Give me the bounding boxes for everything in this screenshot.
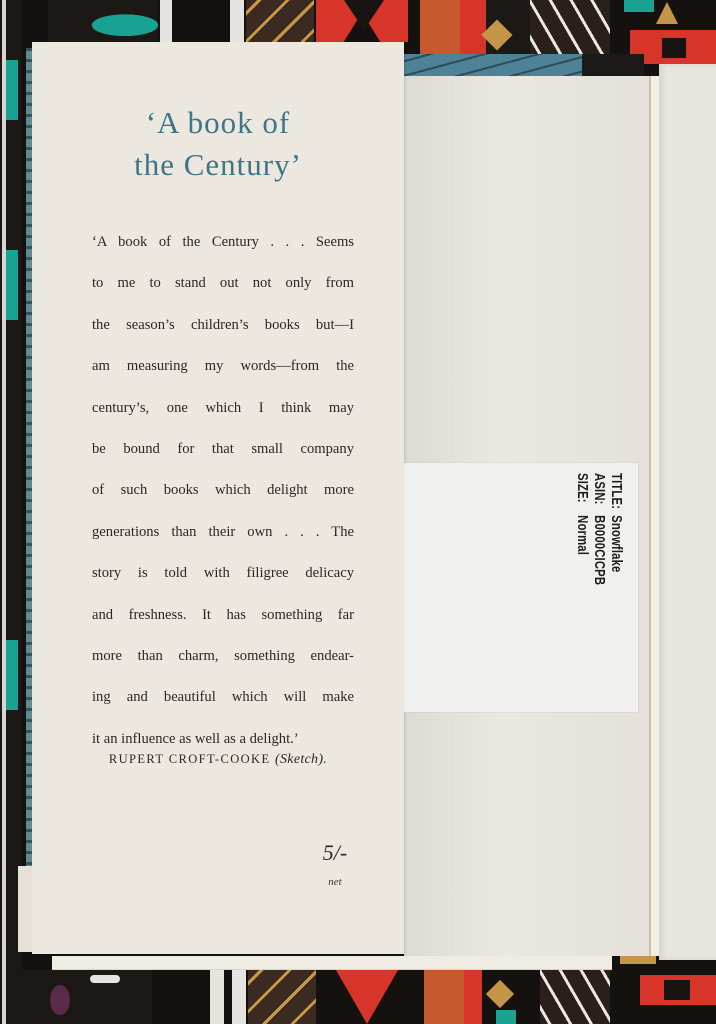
label-row-title: TITLE: Snowflake — [607, 473, 624, 659]
quote-line: ing and beautiful which will make — [92, 677, 354, 718]
facing-page — [659, 64, 716, 960]
fabric-chevron-band — [246, 0, 314, 42]
quote-line: the season’s children’s books but—I — [92, 305, 354, 346]
attribution-source: (Sketch). — [275, 752, 327, 767]
price: 5/- — [300, 840, 370, 866]
quote-line: century’s, one which I think may — [92, 388, 354, 429]
quote-line: am measuring my words—from the — [92, 346, 354, 387]
price-note: net — [300, 876, 370, 888]
quote-line: of such books which delight more — [92, 470, 354, 511]
flap-headline: ‘A book of the Century’ — [32, 102, 404, 186]
quote-line: more than charm, something endear- — [92, 636, 354, 677]
label-text: TITLE: Snowflake ASIN: B0000CICPB SIZE: … — [404, 463, 638, 712]
review-quote: ‘A book of the Century . . . Seems to me… — [92, 222, 354, 760]
attribution-author: Rupert Croft-Cooke — [109, 752, 271, 766]
label-row-size: SIZE: Normal — [573, 473, 590, 659]
quote-line: generations than their own . . . The — [92, 512, 354, 553]
quote-line: be bound for that small company — [92, 429, 354, 470]
fabric-teal-patch — [6, 60, 18, 120]
quote-line: ‘A book of the Century . . . Seems — [92, 222, 354, 263]
quote-line: story is told with filigree delicacy — [92, 553, 354, 594]
label-row-asin: ASIN: B0000CICPB — [590, 473, 607, 659]
quote-attribution: Rupert Croft-Cooke (Sketch). — [32, 752, 404, 768]
hinge-strip — [651, 76, 659, 956]
inventory-label: TITLE: Snowflake ASIN: B0000CICPB SIZE: … — [404, 463, 638, 712]
quote-line: to me to stand out not only from — [92, 263, 354, 304]
page-bottom-edge — [52, 956, 612, 970]
quote-line: and freshness. It has something far — [92, 595, 354, 636]
headline-line-2: the Century’ — [32, 144, 404, 186]
headline-line-1: ‘A book of — [32, 102, 404, 144]
